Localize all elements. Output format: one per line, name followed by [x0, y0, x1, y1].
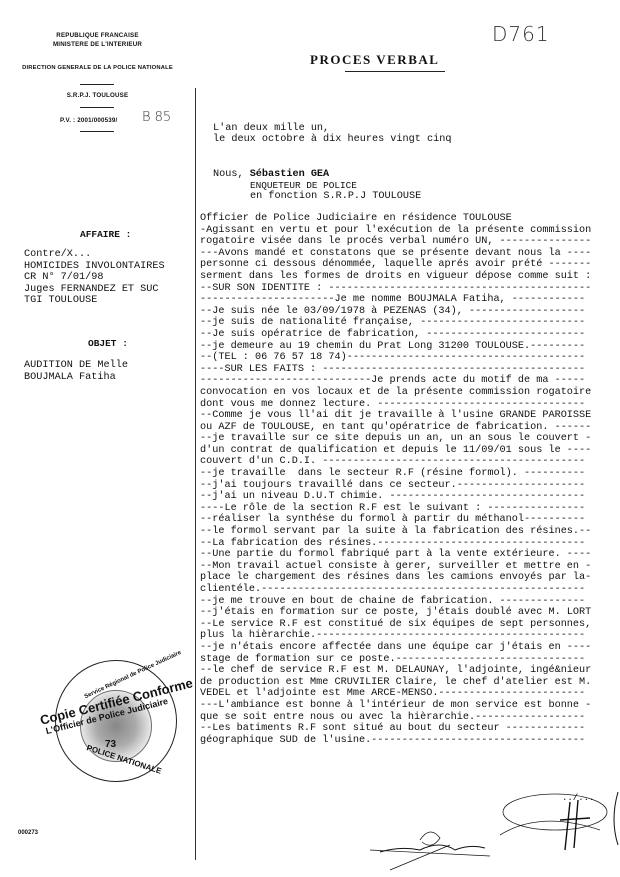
- affaire-line: Juges FERNANDEZ ET SUC: [24, 284, 165, 296]
- statement-line: --Le service R.F est constitué de six éq…: [200, 619, 591, 631]
- statement-line: ----SUR LES FAITS : --------------------…: [200, 364, 591, 376]
- statement-line: ----Le rôle de la section R.F est le sui…: [200, 503, 591, 515]
- margin-divider: [195, 88, 196, 860]
- date-line-2: le deux octobre à dix heures vingt cinq: [213, 134, 451, 146]
- objet-details: AUDITION DE Melle BOUJMALA Fatiha: [24, 360, 128, 383]
- statement-line: --Je suis opératrice de fabrication, ---…: [200, 329, 591, 341]
- statement-line: --j'ai un niveau D.U.T chimie. ---------…: [200, 491, 591, 503]
- statement-line: --je travaille sur ce site depuis un an,…: [200, 433, 591, 445]
- statement-line: VEDEL et l'adjointe est Mme ARCE-MENSO.-…: [200, 688, 591, 700]
- statement-line: ----------------------------Je prends ac…: [200, 375, 591, 387]
- statement-line: --réaliser la synthése du formol à parti…: [200, 514, 591, 526]
- statement-line: clientéle.------------------------------…: [200, 584, 591, 596]
- statement-line: -Agissant en vertu et pour l'exécution d…: [200, 225, 591, 237]
- statement-line: de production est Mme CRUVILIER Claire, …: [200, 677, 591, 689]
- republique-francaise-header: REPUBLIQUE FRANCAISE: [0, 32, 195, 39]
- affaire-details: Contre/X... HOMICIDES INVOLONTAIRES CR N…: [24, 249, 165, 307]
- affaire-line: TGI TOULOUSE: [24, 295, 165, 307]
- officer-function: en fonction S.R.P.J TOULOUSE: [250, 191, 421, 203]
- document-title: PROCES VERBAL: [310, 52, 439, 68]
- statement-line: place le chargement des résines dans les…: [200, 572, 591, 584]
- statement-line: --je n'étais encore affectée dans une éq…: [200, 642, 591, 654]
- officer-line: Nous, Sébastien GEA: [213, 169, 329, 181]
- pv-handwritten-number: B 85: [142, 110, 171, 125]
- continuation-marker: ../...: [562, 793, 594, 805]
- statement-line: --le chef de service R.F est M. DELAUNAY…: [200, 665, 591, 677]
- statement-line: --Je suis née le 03/09/1978 à PEZENAS (3…: [200, 306, 591, 318]
- divider: [80, 107, 114, 108]
- statement-line: --le formol servant par la suite à la fa…: [200, 526, 591, 538]
- officer-role: ENQUETEUR DE POLICE: [250, 180, 357, 192]
- statement-line: --Mon travail actuel consiste à gerer, s…: [200, 561, 591, 573]
- ministere-header: MINISTERE DE L'INTERIEUR: [0, 41, 195, 48]
- statement-line: couvert d'un C.D.I. --------------------…: [200, 456, 591, 468]
- date-line-1: L'an deux mille un,: [213, 123, 329, 135]
- statement-line: --Une partie du formol fabriqué part à l…: [200, 549, 591, 561]
- officer-prefix: Nous,: [213, 169, 250, 180]
- affaire-line: CR N° 7/01/98: [24, 272, 165, 284]
- statement-line: stage de formation sur ce poste.--------…: [200, 654, 591, 666]
- statement-line: --je demeure au 19 chemin du Prat Long 3…: [200, 341, 591, 353]
- title-underline: [345, 71, 445, 72]
- page-code: 000273: [18, 830, 38, 836]
- statement-body: Officier de Police Judiciaire en résiden…: [200, 213, 591, 746]
- statement-line: ---L'ambiance est bonne à l'intérieur de…: [200, 700, 591, 712]
- statement-line: personne ci dessous dénommée, laquelle a…: [200, 259, 591, 271]
- officer-name: Sébastien GEA: [250, 169, 329, 180]
- stamp-number: 73: [105, 739, 116, 750]
- statement-line: --(TEL : 06 76 57 18 74)----------------…: [200, 352, 591, 364]
- divider: [80, 84, 114, 85]
- statement-line: --je suis de nationalité française, ----…: [200, 317, 591, 329]
- statement-line: --j'ai toujours travaillé dans ce secteu…: [200, 480, 591, 492]
- statement-line: que se soit entre nous ou avec la hièrar…: [200, 712, 591, 724]
- statement-line: --j'étais en formation sur ce poste, j'é…: [200, 607, 591, 619]
- statement-line: plus la hièrarchie.---------------------…: [200, 630, 591, 642]
- objet-line: AUDITION DE Melle: [24, 360, 128, 372]
- statement-line: --je travaille dans le secteur R.F (rési…: [200, 468, 591, 480]
- direction-header: DIRECTION GENERALE DE LA POLICE NATIONAL…: [0, 65, 195, 71]
- statement-line: serment dans les formes de droits en vig…: [200, 271, 591, 283]
- statement-line: ---Avons mandé et constatons que se prés…: [200, 248, 591, 260]
- statement-line: --Comme je vous ll'ai dit je travaille à…: [200, 410, 591, 422]
- statement-line: ----------------------Je me nomme BOUJMA…: [200, 294, 591, 306]
- affaire-line: HOMICIDES INVOLONTAIRES: [24, 261, 165, 273]
- objet-line: BOUJMALA Fatiha: [24, 372, 128, 384]
- affaire-line: Contre/X...: [24, 249, 165, 261]
- statement-line: --SUR SON IDENTITE : -------------------…: [200, 283, 591, 295]
- statement-line: --je me trouve en bout de chaine de fabr…: [200, 596, 591, 608]
- objet-heading: OBJET :: [88, 338, 128, 350]
- statement-line: --Les batiments R.F sont situé au bout d…: [200, 723, 591, 735]
- affaire-heading: AFFAIRE :: [80, 229, 131, 241]
- divider: [80, 131, 114, 132]
- statement-line: Officier de Police Judiciaire en résiden…: [200, 213, 591, 225]
- statement-line: convocation en vos locaux et de la prése…: [200, 387, 591, 399]
- statement-line: d'un contrat de qualification et depuis …: [200, 445, 591, 457]
- srpj-header: S.R.P.J. TOULOUSE: [0, 92, 195, 99]
- statement-line: rogatoire visée dans le procés verbal nu…: [200, 236, 591, 248]
- statement-line: ou AZF de TOULOUSE, en tant qu'opératric…: [200, 422, 591, 434]
- pv-number: P.V. : 2001/000539/: [60, 117, 117, 124]
- document-handwritten-number: D761: [492, 22, 550, 46]
- statement-line: géographique SUD de l'usine.------------…: [200, 735, 591, 747]
- statement-line: dont vous me donnez lecture. -----------…: [200, 399, 591, 411]
- statement-line: --La fabrication des résines.-----------…: [200, 538, 591, 550]
